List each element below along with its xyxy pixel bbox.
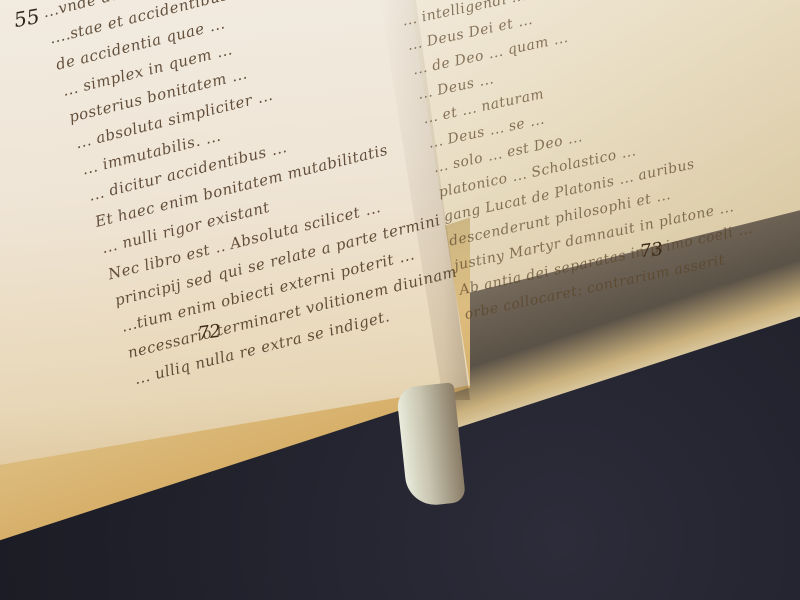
corner-number: 55 (12, 4, 41, 32)
photo-scene: 55 ...vnde accidentia non ... ....stae e… (0, 0, 800, 600)
left-page-number: 72 (197, 321, 223, 345)
right-page-number: 73 (639, 239, 665, 263)
book-spine (396, 382, 466, 507)
